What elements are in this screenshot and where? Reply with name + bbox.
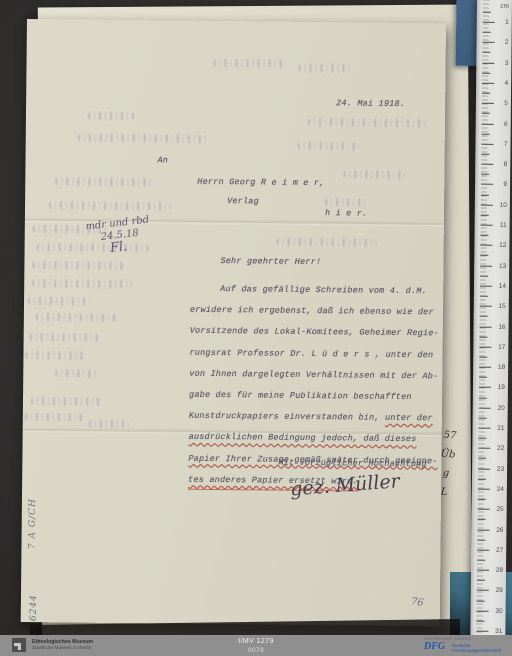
ruler-cm-tick [482, 103, 494, 104]
ruler-number: 17 [498, 344, 505, 351]
ruler-cm-tick [479, 346, 491, 347]
ruler-number: 5 [504, 100, 508, 107]
ruler-number: 18 [498, 364, 505, 371]
ruler-number: 26 [496, 526, 503, 533]
red-underlined-text: ausdrücklichen Bedingung jedoch, daß die… [189, 432, 417, 444]
ruler-half-tick [479, 377, 487, 378]
ruler-number: 8 [504, 161, 508, 168]
ruler-cm-tick [482, 83, 494, 84]
ruler-number: 10 [500, 202, 507, 209]
side-number-note: 6244 [29, 594, 39, 621]
bleed-smudge [89, 420, 129, 428]
ruler-half-tick [481, 235, 489, 236]
ruler-number: 12 [499, 242, 506, 249]
bleed-smudge [31, 397, 103, 406]
ruler-cm-tick [479, 367, 491, 368]
ruler-number: 31 [495, 628, 502, 635]
bleed-smudge [88, 112, 134, 120]
letter-date: 24. Mai 1918. [336, 98, 405, 109]
ruler-number: 6 [504, 120, 508, 127]
ruler-half-tick [480, 296, 488, 297]
ruler-half-tick [481, 215, 489, 216]
annotation-initial: Fl. [109, 238, 152, 255]
ruler-number: 4 [504, 80, 508, 87]
bleed-smudge [343, 170, 405, 179]
ruler-cm-tick [481, 143, 493, 144]
ruler-number: 7 [504, 141, 508, 148]
ruler-cm-tick [478, 468, 490, 469]
ruler-half-tick [476, 621, 484, 622]
closing-line: Mit vorzüglicher Hochachtung [278, 458, 427, 470]
ruler-number: 23 [497, 465, 504, 472]
ruler-half-tick [480, 255, 488, 256]
bleed-smudge [298, 64, 350, 73]
body-line: Auf das gefällige Schreiben vom 4. d.M. [220, 284, 427, 296]
ruler-cm-tick [477, 529, 489, 530]
ruler-half-tick [478, 458, 486, 459]
ruler-number: 30 [495, 608, 502, 615]
ruler-half-tick [478, 499, 486, 500]
body-line: gabe des für meine Publikation beschafft… [189, 390, 412, 402]
ruler-number: 19 [498, 384, 505, 391]
ruler-half-tick [482, 72, 490, 73]
ruler-cm-tick [481, 225, 493, 226]
ruler-half-tick [482, 113, 490, 114]
ruler-cm-tick [479, 428, 491, 429]
bleed-smudge [30, 333, 102, 342]
ruler-cm-tick [480, 265, 492, 266]
bleed-smudge [214, 59, 286, 68]
ruler-half-tick [479, 397, 487, 398]
ruler-number: 16 [498, 323, 505, 330]
ruler-number: 28 [496, 567, 503, 574]
ruler-number: 20 [497, 405, 504, 412]
ruler-cm-tick [476, 631, 488, 632]
bleed-smudge [32, 279, 132, 288]
ruler-cm-tick [478, 448, 490, 449]
ruler-number: 27 [496, 547, 503, 554]
ruler-cm-tick [480, 286, 492, 287]
ruler-half-tick [480, 275, 488, 276]
ruler-cm-tick [477, 590, 489, 591]
ruler-number: 1 [505, 19, 509, 26]
ruler-number: 11 [500, 222, 507, 229]
bleed-smudge [36, 313, 118, 322]
bleed-smudge [28, 297, 90, 306]
body-line: Vorsitzende des Lokal-Komitees, Geheimer… [190, 326, 439, 339]
dfg-logo: DFG [424, 642, 445, 652]
ruler-cm-tick [482, 123, 494, 124]
ruler-half-tick [477, 580, 485, 581]
address-recipient: Herrn Georg R e i m e r, [197, 177, 324, 188]
ruler-half-tick [482, 93, 490, 94]
bleed-smudge [25, 351, 85, 360]
ruler-cm-tick [483, 42, 495, 43]
bleed-smudge [277, 238, 377, 247]
ruler-cm-tick [477, 610, 489, 611]
address-line2: Verlag [227, 196, 259, 206]
dfg-org-line2: Forschungsgemeinschaft [452, 648, 501, 653]
letter-page: 24. Mai 1918. An Herrn Georg R e i m e r… [21, 19, 446, 626]
body-line: von Ihnen dargelegten Verhältnissen mit … [189, 369, 438, 382]
office-annotation: mdr und rbd 24.5.18 Fl. [85, 215, 153, 258]
bleed-smudge [55, 177, 151, 186]
ruler-half-tick [482, 133, 490, 134]
ruler-cm-tick [483, 22, 495, 23]
ruler-number: 2 [505, 39, 509, 46]
dfg-organization: Deutsche Forschungsgemeinschaft [452, 643, 501, 653]
ruler-number: 3 [505, 60, 509, 67]
red-underlined-text: unter der [385, 413, 433, 423]
bleed-smudge [55, 369, 97, 377]
ruler-half-tick [477, 600, 485, 601]
ruler-cm-tick [477, 549, 489, 550]
ruler-number: 21 [497, 425, 504, 432]
ruler-half-tick [479, 336, 487, 337]
ruler-cm-tick [481, 204, 493, 205]
ruler-half-tick [478, 438, 486, 439]
ruler-cm-tick [482, 62, 494, 63]
ruler-cm-tick [479, 387, 491, 388]
ruler-cm-tick [480, 326, 492, 327]
ruler-half-tick [478, 519, 486, 520]
footer-bar: Ethnologisches Museum Staatliche Museen … [0, 635, 512, 656]
ruler-half-tick [481, 194, 489, 195]
bleed-smudge [325, 198, 369, 206]
ruler-cm-tick [478, 489, 490, 490]
ruler-cm-tick [477, 570, 489, 571]
page-number-note: 76 [410, 596, 424, 609]
body-line: Kunstdruckpapiers einverstanden bin, unt… [189, 411, 433, 424]
ruler-number: 15 [499, 303, 506, 310]
ruler-half-tick [481, 174, 489, 175]
ruler-cm-tick [481, 184, 493, 185]
ruler-number: 13 [499, 262, 506, 269]
address-line3: h i e r. [325, 208, 368, 218]
body-line: erwidere ich ergebenst, daß ich ebenso w… [190, 305, 434, 318]
ruler-number: 24 [497, 486, 504, 493]
ruler-half-tick [482, 52, 490, 53]
bleed-smudge [25, 413, 83, 422]
ruler-half-tick [478, 478, 486, 479]
bleed-smudge [298, 142, 360, 151]
salutation: Sehr geehrter Herr! [220, 256, 321, 267]
ruler-cm-tick [479, 407, 491, 408]
ruler-number: 25 [496, 506, 503, 513]
ruler-half-tick [477, 560, 485, 561]
bleed-smudge [32, 261, 124, 270]
bleed-smudge [78, 134, 210, 143]
ruler-number: 29 [496, 587, 503, 594]
photo-of-archival-letter: 57ÜbgL 24. Mai 1918. An Herrn Georg R e … [0, 0, 512, 656]
ruler-number: 22 [497, 445, 504, 452]
body-line: ausdrücklichen Bedingung jedoch, daß die… [189, 432, 417, 444]
bleed-smudge [308, 118, 426, 127]
address-an: An [157, 155, 168, 165]
ruler-cm-tick [480, 306, 492, 307]
signature: gez. Müller [289, 470, 400, 500]
body-line: rungsrat Professor Dr. L ü d e r s , unt… [189, 347, 433, 360]
side-classification-note: 7 A G/CH [27, 498, 38, 549]
ruler-half-tick [479, 418, 487, 419]
ruler-half-tick [483, 32, 491, 33]
ruler-half-tick [477, 539, 485, 540]
ruler-half-tick [483, 12, 491, 13]
ruler-cm-tick [478, 509, 490, 510]
measuring-ruler: cm 1234567891011121314151617181920212223… [470, 0, 512, 636]
ruler-number: 9 [503, 181, 507, 188]
ruler-cm-tick [480, 245, 492, 246]
ruler-unit-label: cm [500, 3, 509, 10]
ruler-cm-tick [481, 164, 493, 165]
ruler-half-tick [481, 154, 489, 155]
ruler-half-tick [480, 316, 488, 317]
bleed-smudge [49, 201, 171, 210]
ruler-half-tick [479, 357, 487, 358]
ruler-number: 14 [499, 283, 506, 290]
